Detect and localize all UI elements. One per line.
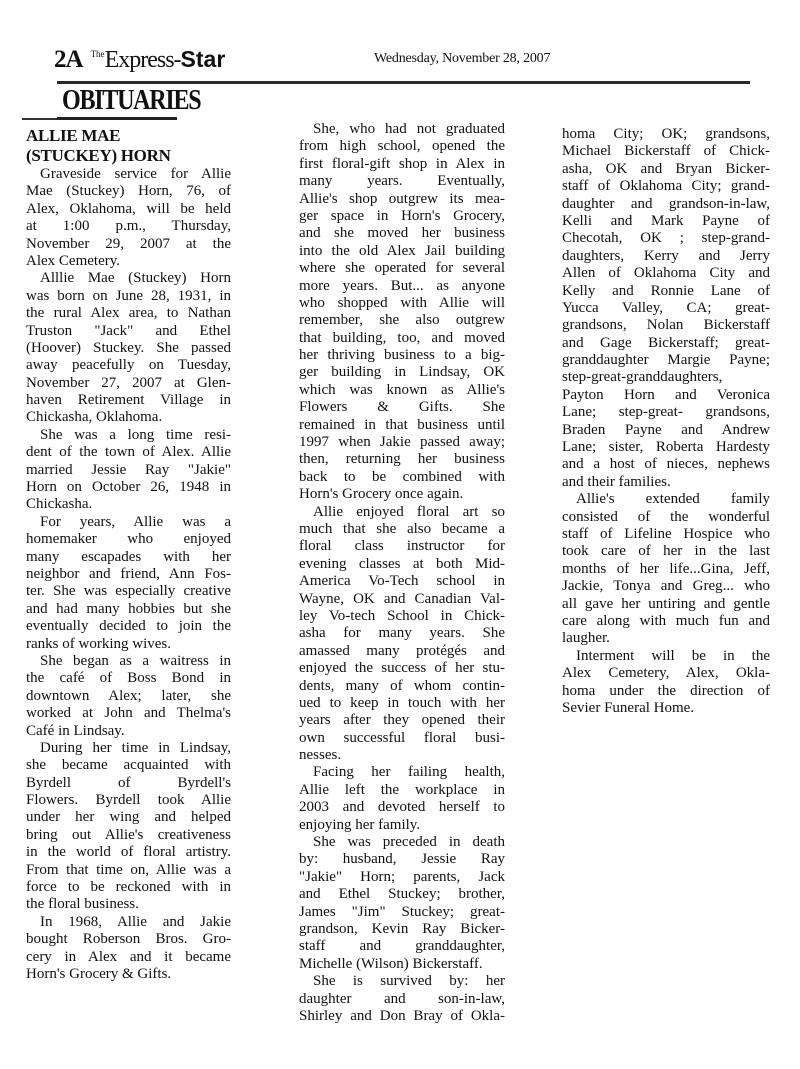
text-line: Chickasha. — [26, 496, 231, 513]
masthead: 2A The Express- Star — [54, 46, 225, 76]
text-line: She is survived by: her — [299, 973, 505, 990]
text-line: daughters, Kerry and Jerry — [562, 248, 770, 265]
text-line: back to be combined with — [299, 469, 505, 486]
text-line: staff of Oklahoma City; grand- — [562, 178, 770, 195]
text-line: Kelly and Ronnie Lane of — [562, 283, 770, 300]
text-line: She, who had not graduated — [299, 121, 505, 138]
text-line: Byrdell of Byrdell's — [26, 775, 231, 792]
text-line: homemaker who enjoyed — [26, 531, 231, 548]
text-line: Chickasha, Oklahoma. — [26, 409, 231, 426]
text-line: Allie's extended family — [562, 491, 770, 508]
header-divider — [57, 81, 750, 84]
text-line: Lane; step-great- grandsons, — [562, 404, 770, 421]
text-line: much that she also became a — [299, 521, 505, 538]
text-line: then, returning her business — [299, 451, 505, 468]
text-line: Alllie Mae (Stuckey) Horn — [26, 270, 231, 287]
text-line: Braden Payne and Andrew — [562, 422, 770, 439]
paper-name: Express- — [105, 47, 181, 74]
column-text: She, who had not graduatedfrom high scho… — [299, 121, 505, 1025]
text-line: America Vo-Tech school in — [299, 573, 505, 590]
text-line: under her wing and helped — [26, 809, 231, 826]
text-line: Jackie, Tonya and Greg... who — [562, 578, 770, 595]
text-line: first floral-gift shop in Alex in — [299, 156, 505, 173]
text-line: and Gage Bickerstaff; great- — [562, 335, 770, 352]
article-column-3: homa City; OK; grandsons,Michael Bickers… — [562, 126, 770, 717]
text-line: downtown Alex; later, she — [26, 688, 231, 705]
text-line: Allen of Oklahoma City and — [562, 265, 770, 282]
text-line: floral class instructor for — [299, 538, 505, 555]
article-column-1: ALLIE MAE (STUCKEY) HORN Graveside servi… — [26, 126, 231, 983]
text-line: away peacefully on Tuesday, — [26, 357, 231, 374]
text-line: laugher. — [562, 630, 770, 647]
text-line: was born on June 28, 1931, in — [26, 288, 231, 305]
text-line: 1997 when Jakie passed away; — [299, 434, 505, 451]
text-line: ued to keep in touch with her — [299, 695, 505, 712]
text-line: asha, OK and Bryan Bicker- — [562, 161, 770, 178]
issue-date: Wednesday, November 28, 2007 — [374, 51, 550, 67]
text-line: November 29, 2007 at the — [26, 236, 231, 253]
text-line: She was a long time resi- — [26, 427, 231, 444]
text-line: Wayne, OK and Canadian Val- — [299, 591, 505, 608]
text-line: ger building in Lindsay, OK — [299, 364, 505, 381]
text-line: married Jessie Ray "Jakie" — [26, 462, 231, 479]
text-line: eventually decided to join the — [26, 618, 231, 635]
text-line: where she operated for several — [299, 260, 505, 277]
column-text: homa City; OK; grandsons,Michael Bickers… — [562, 126, 770, 717]
text-line: from high school, opened the — [299, 138, 505, 155]
text-line: many years. Eventually, — [299, 173, 505, 190]
text-line: daughter and grandson-in-law, — [562, 196, 770, 213]
text-line: granddaughter Margie Payne; — [562, 352, 770, 369]
text-line: staff and granddaughter, — [299, 938, 505, 955]
text-line: Michelle (Wilson) Bickerstaff. — [299, 956, 505, 973]
text-line: Mae (Stuckey) Horn, 76, of — [26, 183, 231, 200]
text-line: and had many hobbies but she — [26, 601, 231, 618]
text-line: remained in that business until — [299, 417, 505, 434]
text-line: the rural Alex area, to Nathan — [26, 305, 231, 322]
text-line: remember, she also outgrew — [299, 312, 505, 329]
text-line: Horn's Grocery & Gifts. — [26, 966, 231, 983]
text-line: in the world of floral artistry. — [26, 844, 231, 861]
text-line: Truston "Jack" and Ethel — [26, 323, 231, 340]
text-line: and Ethel Stuckey; brother, — [299, 886, 505, 903]
text-line: bought Roberson Bros. Gro- — [26, 931, 231, 948]
text-line: She was preceded in death — [299, 834, 505, 851]
section-divider-thick — [57, 117, 177, 120]
text-line: (Hoover) Stuckey. She passed — [26, 340, 231, 357]
text-line: She began as a waitress in — [26, 653, 231, 670]
column-text: Graveside service for AllieMae (Stuckey)… — [26, 166, 231, 983]
text-line: her thriving business to a big- — [299, 347, 505, 364]
text-line: Checotah, OK ; step-grand- — [562, 230, 770, 247]
text-line: Alex Cemetery, Alex, Okla- — [562, 665, 770, 682]
text-line: daughter and son-in-law, — [299, 991, 505, 1008]
text-line: force to be reckoned with in — [26, 879, 231, 896]
text-line: and their families. — [562, 474, 770, 491]
text-line: step-great-granddaughters, — [562, 369, 770, 386]
text-line: bring out Allie's creativeness — [26, 827, 231, 844]
text-line: by: husband, Jessie Ray — [299, 851, 505, 868]
text-line: and she moved her business — [299, 225, 505, 242]
text-line: ter. She was especially creative — [26, 583, 231, 600]
text-line: Michael Bickerstaff of Chick- — [562, 143, 770, 160]
text-line: who shopped with Allie will — [299, 295, 505, 312]
text-line: care along with much fun and — [562, 613, 770, 630]
text-line: For years, Allie was a — [26, 514, 231, 531]
text-line: grandson, Kevin Ray Bicker- — [299, 921, 505, 938]
obituary-headline-line-2: (STUCKEY) HORN — [26, 146, 231, 166]
text-line: the café of Boss Bond in — [26, 670, 231, 687]
text-line: Facing her failing health, — [299, 764, 505, 781]
text-line: Sevier Funeral Home. — [562, 700, 770, 717]
text-line: 2003 and devoted herself to — [299, 799, 505, 816]
section-title: OBITUARIES — [62, 85, 200, 117]
text-line: Allie's shop outgrew its mea- — [299, 191, 505, 208]
text-line: Allie left the workplace in — [299, 782, 505, 799]
text-line: many escapades with her — [26, 549, 231, 566]
text-line: cery in Alex and it became — [26, 949, 231, 966]
text-line: Lane; sister, Roberta Hardesty — [562, 439, 770, 456]
text-line: amassed many protégés and — [299, 643, 505, 660]
text-line: Kelli and Mark Payne of — [562, 213, 770, 230]
text-line: she became acquainted with — [26, 757, 231, 774]
text-line: Horn on October 26, 1948 in — [26, 479, 231, 496]
text-line: more years. But... as anyone — [299, 278, 505, 295]
text-line: In 1968, Allie and Jakie — [26, 914, 231, 931]
text-line: Horn's Grocery once again. — [299, 486, 505, 503]
text-line: Allie enjoyed floral art so — [299, 504, 505, 521]
text-line: Flowers. Byrdell took Allie — [26, 792, 231, 809]
text-line: Interment will be in the — [562, 648, 770, 665]
text-line: November 27, 2007 at Glen- — [26, 375, 231, 392]
text-line: that building, too, and moved — [299, 330, 505, 347]
text-line: Shirley and Don Bray of Okla- — [299, 1008, 505, 1025]
text-line: grandsons, Nolan Bickerstaff — [562, 317, 770, 334]
text-line: and a host of nieces, nephews — [562, 456, 770, 473]
text-line: asha for many years. She — [299, 625, 505, 642]
text-line: at 1:00 p.m., Thursday, — [26, 218, 231, 235]
text-line: James "Jim" Stuckey; great- — [299, 904, 505, 921]
text-line: homa City; OK; grandsons, — [562, 126, 770, 143]
text-line: nesses. — [299, 747, 505, 764]
text-line: Graveside service for Allie — [26, 166, 231, 183]
text-line: ley Vo-tech School in Chick- — [299, 608, 505, 625]
text-line: enjoying her family. — [299, 817, 505, 834]
text-line: haven Retirement Village in — [26, 392, 231, 409]
obituary-headline-line-1: ALLIE MAE — [26, 126, 231, 146]
text-line: ger space in Horn's Grocery, — [299, 208, 505, 225]
text-line: own successful floral busi- — [299, 730, 505, 747]
text-line: Café in Lindsay. — [26, 723, 231, 740]
paper-name-prefix: The — [91, 49, 105, 59]
text-line: evening classes at both Mid- — [299, 556, 505, 573]
text-line: enjoyed the success of her stu- — [299, 660, 505, 677]
text-line: Flowers & Gifts. She — [299, 399, 505, 416]
text-line: Payton Horn and Veronica — [562, 387, 770, 404]
text-line: Alex Cemetery. — [26, 253, 231, 270]
text-line: From that time on, Allie was a — [26, 862, 231, 879]
text-line: Yucca Valley, CA; great- — [562, 300, 770, 317]
text-line: took care of her in the last — [562, 543, 770, 560]
text-line: staff of Lifeline Hospice who — [562, 526, 770, 543]
paper-name-star: Star — [181, 46, 226, 73]
text-line: months of her life...Gina, Jeff, — [562, 561, 770, 578]
text-line: homa under the direction of — [562, 683, 770, 700]
text-line: "Jakie" Horn; parents, Jack — [299, 869, 505, 886]
text-line: into the old Alex Jail building — [299, 243, 505, 260]
text-line: During her time in Lindsay, — [26, 740, 231, 757]
text-line: worked at John and Thelma's — [26, 705, 231, 722]
article-column-2: She, who had not graduatedfrom high scho… — [299, 121, 505, 1025]
text-line: dents, many of whom contin- — [299, 678, 505, 695]
text-line: neighbor and friend, Ann Fos- — [26, 566, 231, 583]
text-line: years after they opened their — [299, 712, 505, 729]
text-line: all gave her untiring and gentle — [562, 596, 770, 613]
text-line: which was known as Allie's — [299, 382, 505, 399]
text-line: dent of the town of Alex. Allie — [26, 444, 231, 461]
text-line: consisted of the wonderful — [562, 509, 770, 526]
text-line: the floral business. — [26, 896, 231, 913]
text-line: ranks of working wives. — [26, 636, 231, 653]
text-line: Alex, Oklahoma, will be held — [26, 201, 231, 218]
page-number: 2A — [54, 46, 83, 74]
